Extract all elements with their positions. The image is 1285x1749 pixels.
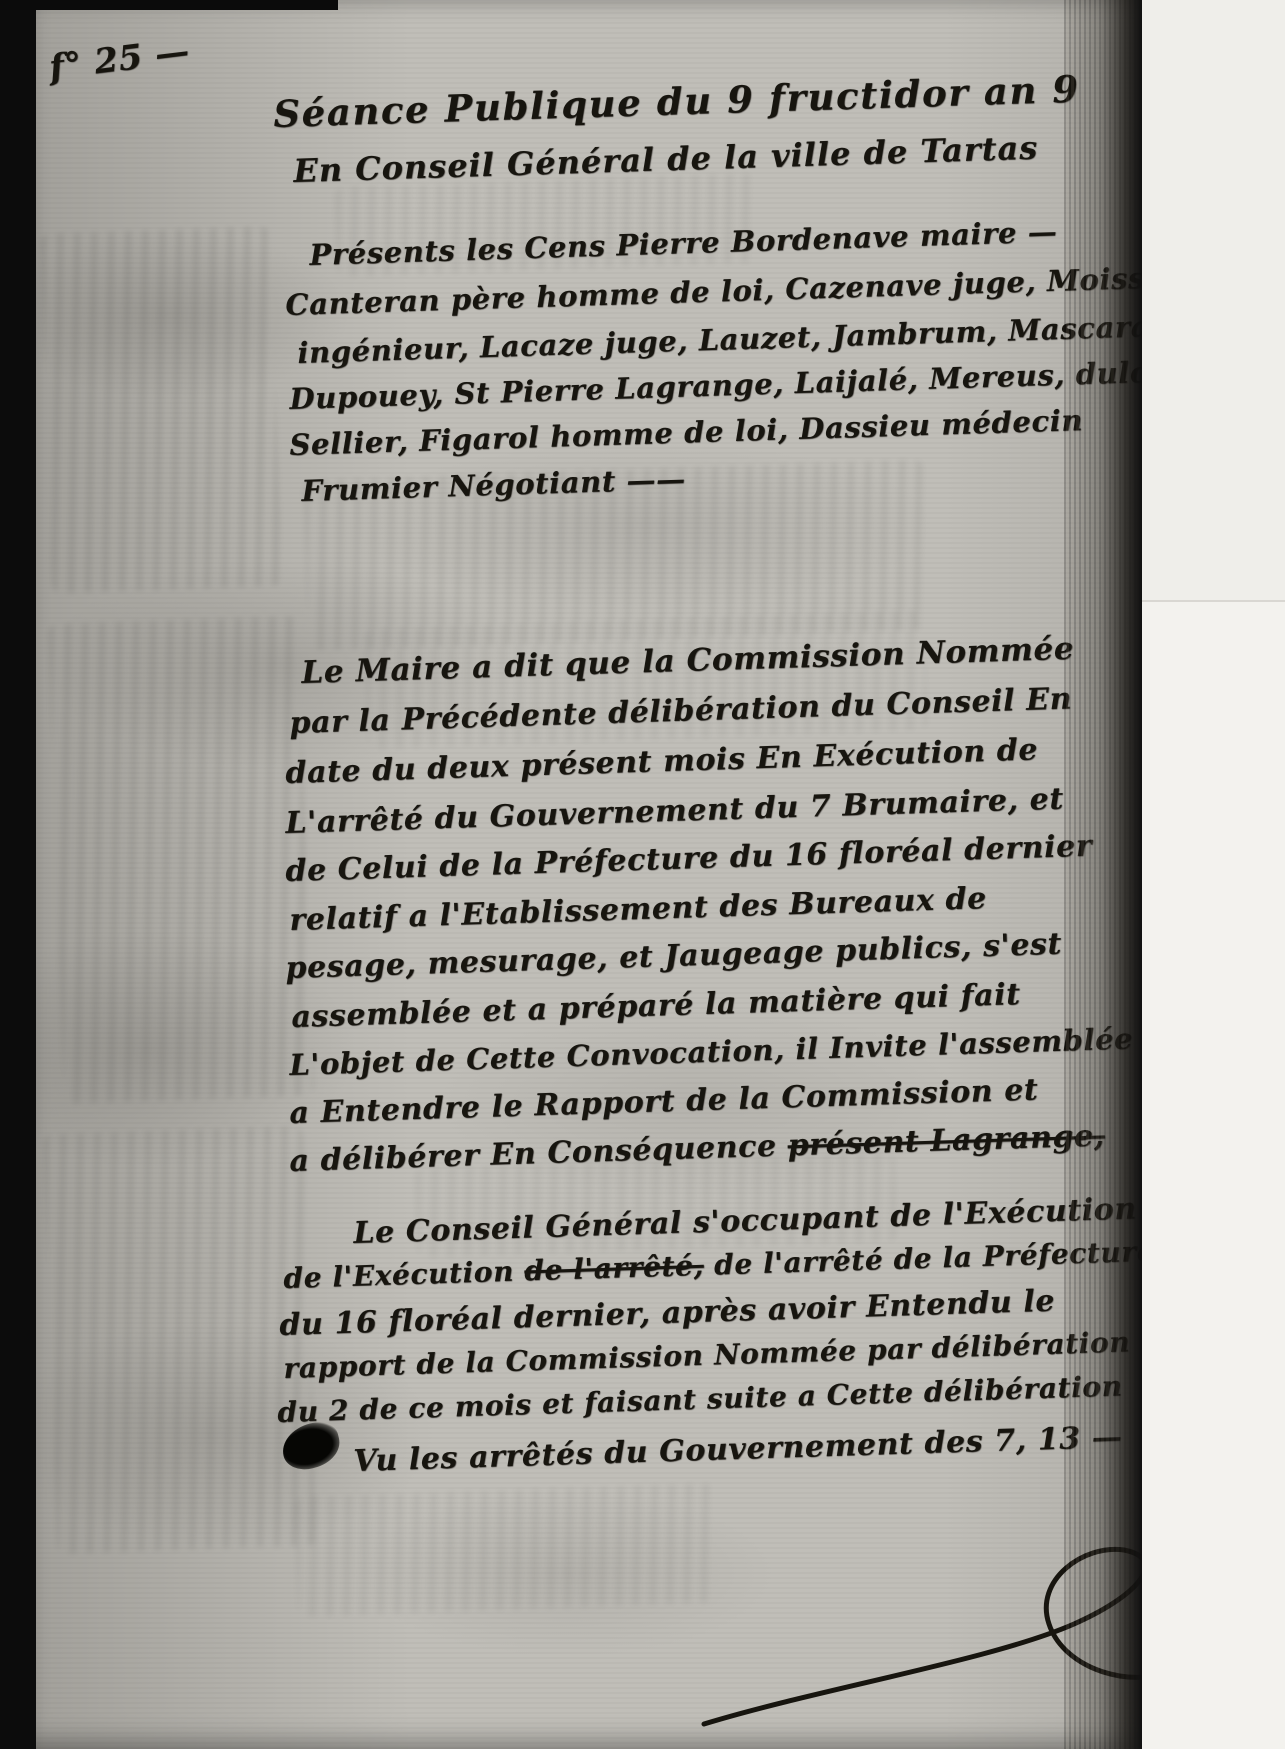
manuscript-line: assemblée et a préparé la matière qui fa…	[291, 977, 1021, 1035]
manuscript-line: Frumier Négotiant ——	[301, 462, 686, 508]
bleedthrough-smudge	[48, 616, 315, 1104]
struck-text: de l'arrêté,	[524, 1249, 704, 1288]
manuscript-scan: f° 25 — Séance Publique du 9 fructidor a…	[0, 0, 1285, 1749]
scan-border-top	[0, 0, 338, 10]
scanner-background-tint	[1142, 0, 1285, 600]
manuscript-line: a Entendre le Rapport de la Commission e…	[289, 1072, 1039, 1131]
manuscript-text: a délibérer En Conséquence	[289, 1128, 788, 1179]
folio-number: f° 25 —	[47, 31, 192, 88]
bleedthrough-smudge	[40, 226, 282, 594]
manuscript-page: f° 25 — Séance Publique du 9 fructidor a…	[36, 0, 1142, 1749]
heading-line: En Conseil Général de la ville de Tartas	[293, 129, 1039, 190]
heading-line: Séance Publique du 9 fructidor an 9	[273, 67, 1081, 136]
scan-border-left	[0, 0, 36, 1749]
scanner-background	[1142, 0, 1285, 1749]
manuscript-line: date du deux présent mois En Exécution d…	[285, 732, 1039, 791]
book-gutter-shadow	[1064, 0, 1142, 1749]
manuscript-text: de l'Exécution	[283, 1254, 525, 1295]
manuscript-line: Le Maire a dit que la Commission Nommée	[301, 631, 1075, 691]
manuscript-line: par la Précédente délibération du Consei…	[289, 681, 1073, 741]
manuscript-line: pesage, mesurage, et Jaugeage publics, s…	[285, 927, 1063, 986]
manuscript-line: relatif a l'Etablissement des Bureaux de	[289, 881, 987, 938]
manuscript-line: L'arrêté du Gouvernement du 7 Brumaire, …	[285, 782, 1064, 841]
background-seam	[1142, 600, 1285, 602]
manuscript-line: Vu les arrêtés du Gouvernement des 7, 13…	[353, 1420, 1123, 1479]
manuscript-line: a délibérer En Conséquence présent Lagra…	[289, 1118, 1105, 1179]
bleedthrough-smudge	[43, 1126, 317, 1555]
bleedthrough-smudge	[294, 1483, 718, 1618]
manuscript-line: de Celui de la Préfecture du 16 floréal …	[285, 829, 1093, 889]
manuscript-line: Présents les Cens Pierre Bordenave maire…	[309, 215, 1058, 272]
struck-text: présent Lagrange,	[787, 1118, 1105, 1163]
